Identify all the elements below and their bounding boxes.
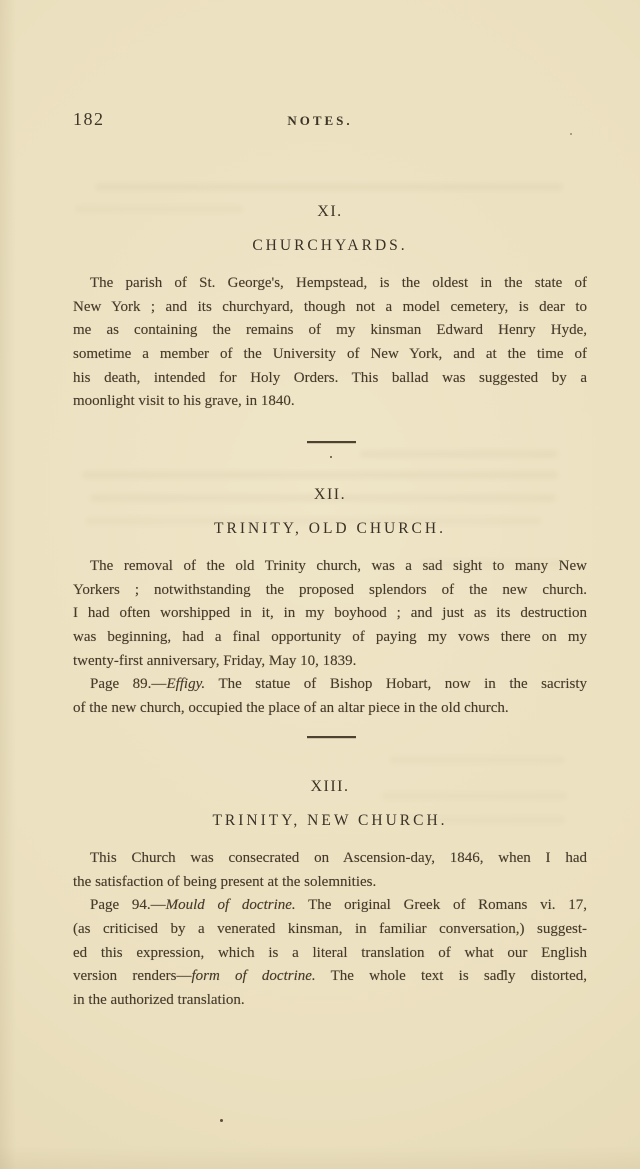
text-run: was beginning, had a final opportunity o… [73,629,587,645]
text-run: version renders— [73,968,192,984]
text-line: in the authorized translation. [73,989,587,1013]
text-run: Yorkers ; notwithstanding the proposed s… [73,582,587,598]
text-run: the satisfaction of being present at the… [73,874,376,890]
section-numeral: XIII. [73,778,587,798]
text-line: The parish of St. George's, Hempstead, i… [73,272,587,296]
text-run: moonlight visit to his grave, in 1840. [73,393,295,409]
show-through-mark [390,756,565,764]
italic-text-run: form of doctrine. [192,968,316,984]
text-line: (as criticised by a venerated kinsman, i… [73,918,587,942]
text-run: in the authorized translation. [73,992,245,1008]
show-through-mark [360,450,558,458]
section-title: TRINITY, NEW CHURCH. [73,812,587,834]
ink-speck [330,456,332,458]
text-run: The statue of Bishop Hobart, now in the … [205,676,587,692]
text-run: I had often worshipped in it, in my boyh… [73,605,587,621]
paragraph: Page 89.—Effigy. The statue of Bishop Ho… [73,673,587,720]
text-line: me as containing the remains of my kinsm… [73,319,587,343]
text-run: The removal of the old Trinity church, w… [90,558,587,574]
section-title: CHURCHYARDS. [73,237,587,259]
text-line: I had often worshipped in it, in my boyh… [73,602,587,626]
text-line: This Church was consecrated on Ascension… [73,847,587,871]
paragraph: The removal of the old Trinity church, w… [73,555,587,673]
text-run: his death, intended for Holy Orders. Thi… [73,370,587,386]
show-through-mark [82,471,558,479]
text-run: of the new church, occupied the place of… [73,700,509,716]
text-line: of the new church, occupied the place of… [73,697,587,721]
section-divider [307,736,356,738]
text-run: twenty-first anniversary, Friday, May 10… [73,653,356,669]
section-trinity-old-church: XII. TRINITY, OLD CHURCH. The removal of… [73,486,587,721]
text-line: New York ; and its churchyard, though no… [73,296,587,320]
paragraph: The parish of St. George's, Hempstead, i… [73,272,587,414]
text-line: version renders—form of doctrine. The wh… [73,965,587,989]
ink-speck [503,970,505,972]
section-body: The removal of the old Trinity church, w… [73,555,587,721]
section-churchyards: XI. CHURCHYARDS. The parish of St. Georg… [73,203,587,414]
text-run: The original Greek of Romans vi. 17, [296,897,587,913]
text-line: the satisfaction of being present at the… [73,871,587,895]
text-run: sometime a member of the University of N… [73,346,587,362]
text-line: Yorkers ; notwithstanding the proposed s… [73,579,587,603]
text-line: Page 89.—Effigy. The statue of Bishop Ho… [73,673,587,697]
show-through-mark [95,183,563,191]
text-line: twenty-first anniversary, Friday, May 10… [73,650,587,674]
paragraph: This Church was consecrated on Ascension… [73,847,587,894]
italic-text-run: Mould of doctrine. [166,897,296,913]
ink-speck [570,133,572,135]
text-run: me as containing the remains of my kinsm… [73,322,587,338]
text-run: New York ; and its churchyard, though no… [73,299,587,315]
text-line: his death, intended for Holy Orders. Thi… [73,367,587,391]
ink-speck [220,1119,223,1122]
text-run: The whole text is sadly distorted, [316,968,587,984]
text-run: Page 94.— [90,897,166,913]
text-run: (as criticised by a venerated kinsman, i… [73,921,587,937]
text-line: ed this expression, which is a literal t… [73,942,587,966]
running-header: NOTES. [0,113,640,129]
text-line: was beginning, had a final opportunity o… [73,626,587,650]
section-divider [307,441,356,443]
section-numeral: XI. [73,203,587,223]
text-line: Page 94.—Mould of doctrine. The original… [73,894,587,918]
paragraph: Page 94.—Mould of doctrine. The original… [73,894,587,1012]
italic-text-run: Effigy. [166,676,205,692]
text-line: sometime a member of the University of N… [73,343,587,367]
text-line: The removal of the old Trinity church, w… [73,555,587,579]
section-trinity-new-church: XIII. TRINITY, NEW CHURCH. This Church w… [73,778,587,1013]
text-line: moonlight visit to his grave, in 1840. [73,390,587,414]
text-run: This Church was consecrated on Ascension… [90,850,587,866]
text-run: ed this expression, which is a literal t… [73,945,587,961]
text-run: Page 89.— [90,676,166,692]
section-numeral: XII. [73,486,587,506]
section-body: The parish of St. George's, Hempstead, i… [73,272,587,414]
section-title: TRINITY, OLD CHURCH. [73,520,587,542]
section-body: This Church was consecrated on Ascension… [73,847,587,1013]
text-run: The parish of St. George's, Hempstead, i… [90,275,587,291]
book-page: 182 NOTES. XI. CHURCHYARDS. The parish o… [0,0,640,1169]
